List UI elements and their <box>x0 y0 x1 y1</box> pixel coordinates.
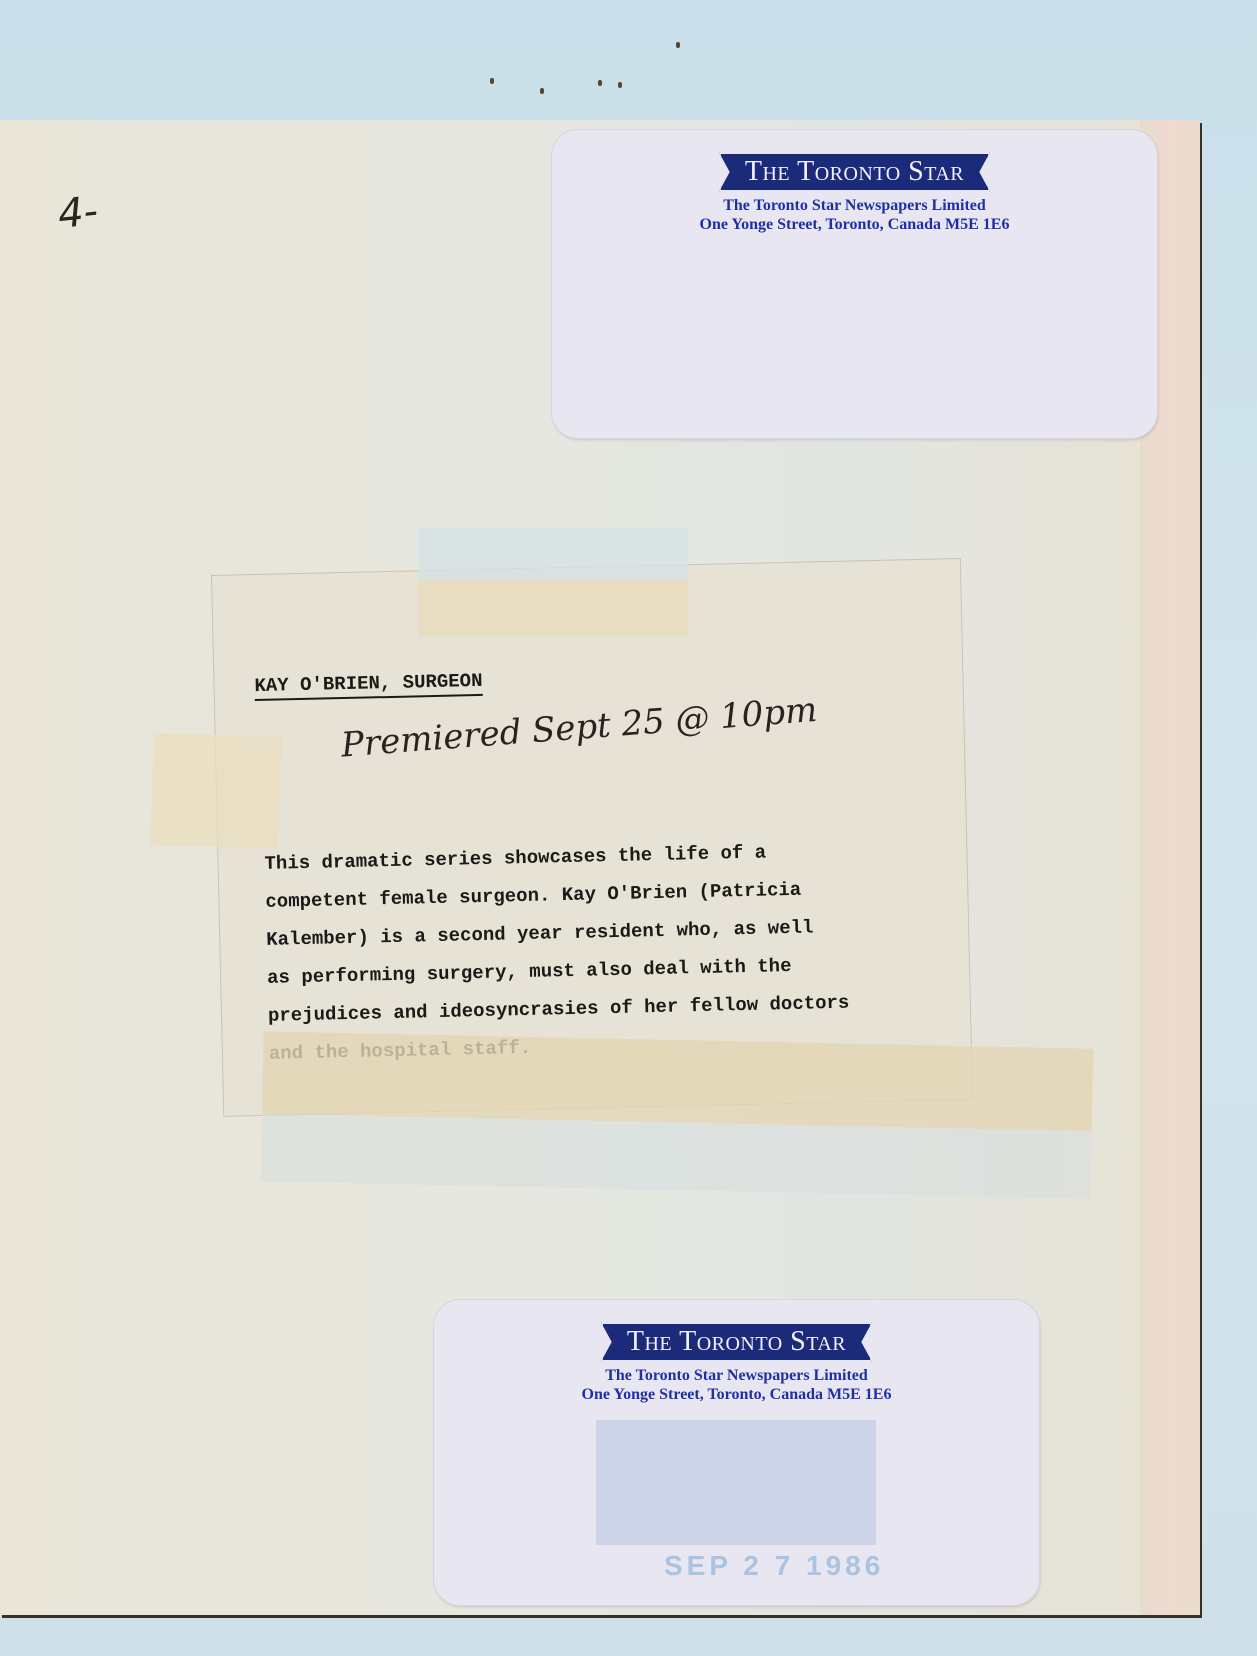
masthead: The Toronto Star The Toronto Star Newspa… <box>582 1322 892 1404</box>
dust-speck <box>598 80 602 86</box>
company-name: The Toronto Star Newspapers Limited <box>723 196 986 215</box>
dust-speck <box>676 42 680 48</box>
masthead: The Toronto Star The Toronto Star Newspa… <box>700 152 1010 234</box>
clipping-headline: KAY O'BRIEN, SURGEON <box>254 670 483 701</box>
company-name: The Toronto Star Newspapers Limited <box>605 1366 868 1385</box>
toronto-star-label-bottom: The Toronto Star The Toronto Star Newspa… <box>434 1300 1039 1605</box>
toronto-star-label-top: The Toronto Star The Toronto Star Newspa… <box>552 130 1157 438</box>
date-stamp: SEP 2 7 1986 <box>664 1550 884 1582</box>
company-address: One Yonge Street, Toronto, Canada M5E 1E… <box>582 1385 892 1404</box>
tape-strip-bottom <box>261 1031 1094 1198</box>
tape-strip-top <box>418 528 688 636</box>
company-address: One Yonge Street, Toronto, Canada M5E 1E… <box>700 215 1010 234</box>
masthead-banner: The Toronto Star <box>601 1322 872 1362</box>
masthead-banner: The Toronto Star <box>719 152 990 192</box>
dust-speck <box>618 82 622 88</box>
page-number-mark: 4- <box>56 188 100 238</box>
dust-speck <box>540 88 544 94</box>
dust-speck <box>490 78 494 84</box>
tape-strip-left <box>150 733 282 849</box>
handwritten-note: Premiered Sept 25 @ 10pm <box>340 690 819 766</box>
stamp-ink-area <box>596 1420 876 1545</box>
